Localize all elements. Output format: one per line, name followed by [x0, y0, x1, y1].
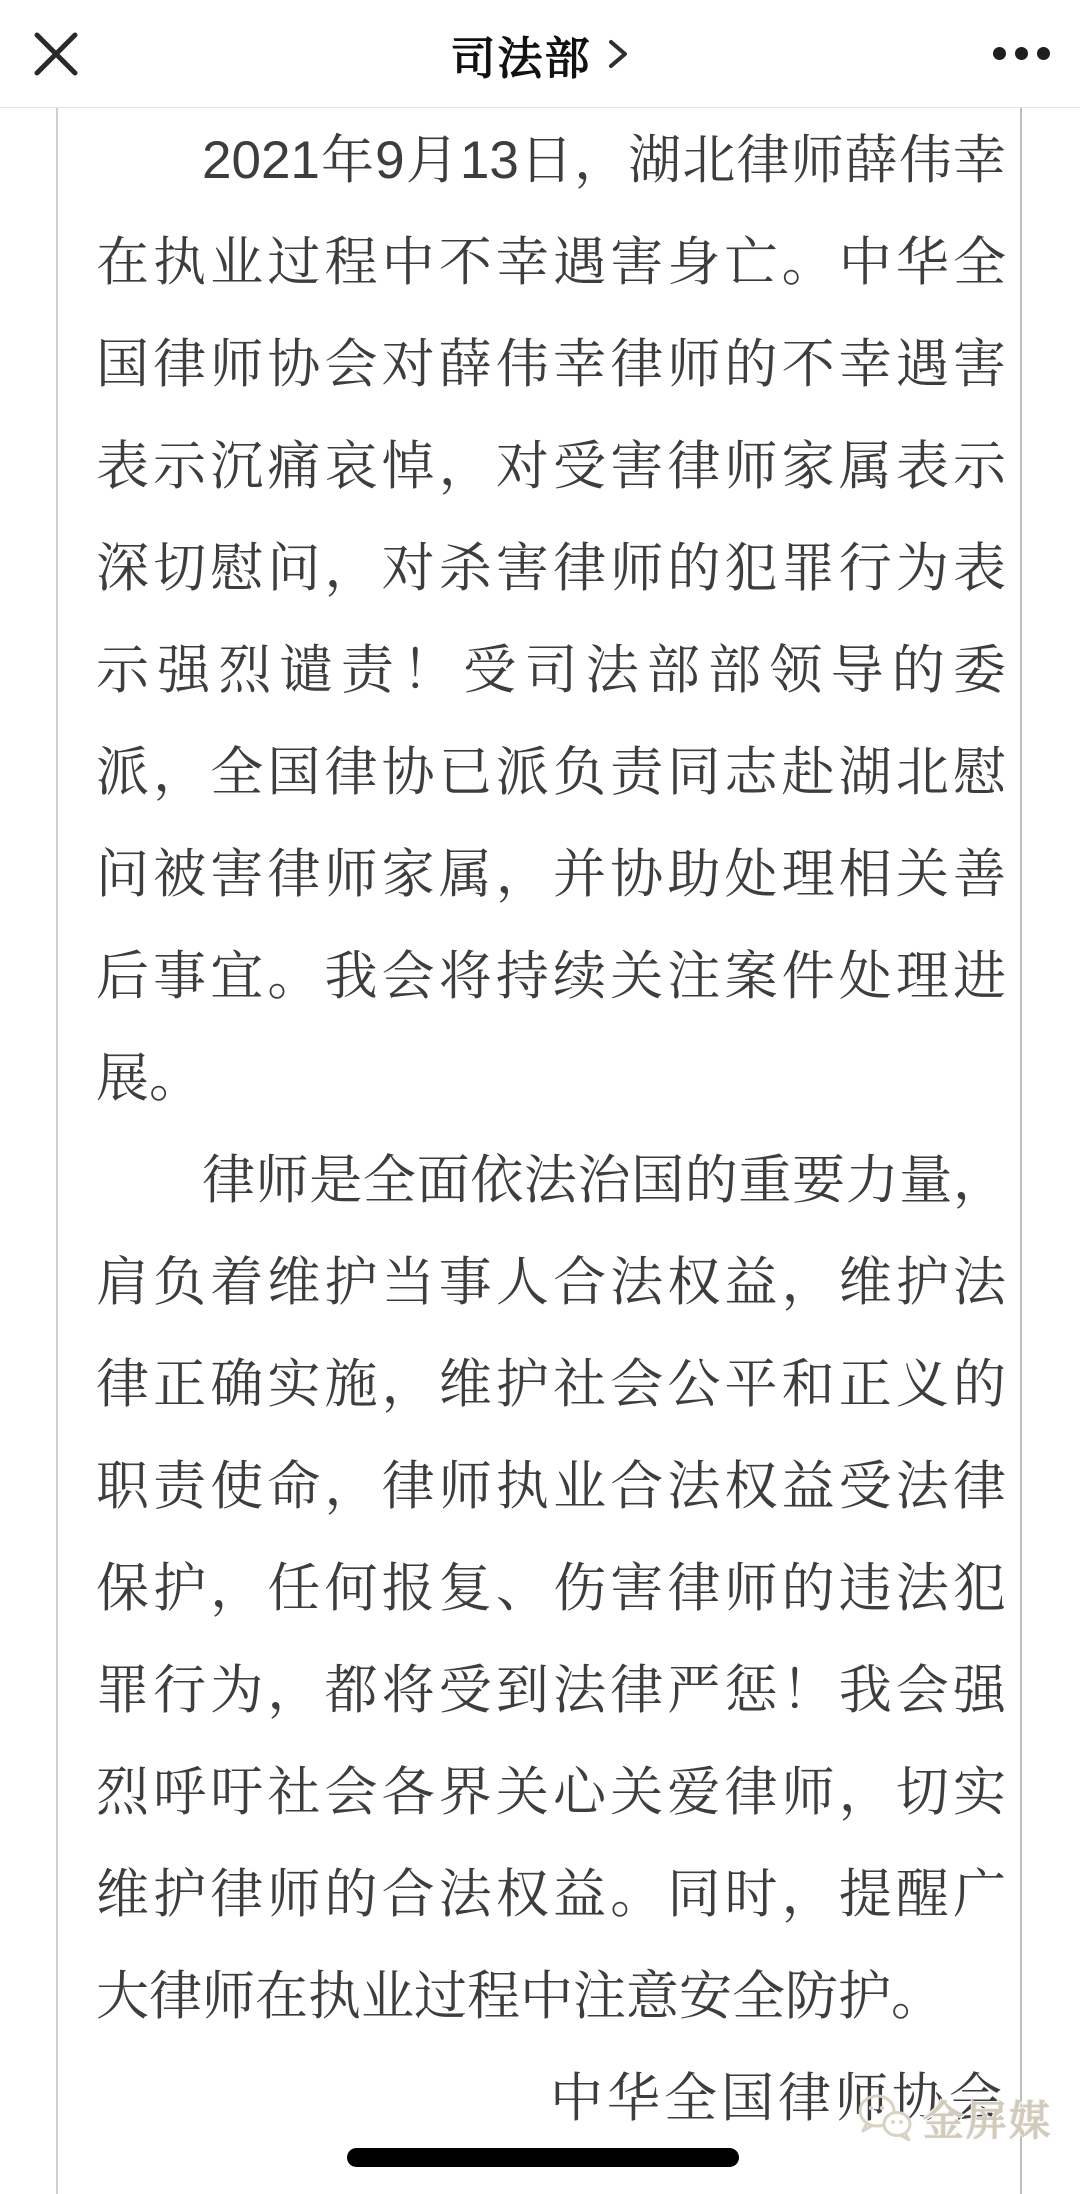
text-line: 大律师在执业过程中注意安全防护。	[96, 1946, 1006, 2048]
watermark-brand: 金屏媒	[923, 2088, 1052, 2147]
home-indicator	[347, 2148, 739, 2167]
more-menu-button[interactable]	[960, 47, 1050, 60]
text-line: 律正确实施，维护社会公平和正义的	[96, 1334, 1006, 1436]
text-line: 在执业过程中不幸遇害身亡。中华全	[96, 212, 1006, 314]
text-line: 展。	[96, 1028, 1006, 1130]
close-icon	[30, 28, 82, 80]
ellipsis-dot	[993, 47, 1006, 60]
text-line: 2021年9月13日，湖北律师薛伟幸	[96, 110, 1006, 212]
text-line: 深切慰问，对杀害律师的犯罪行为表	[96, 518, 1006, 620]
text-line: 国律师协会对薛伟幸律师的不幸遇害	[96, 314, 1006, 416]
text-line: 示强烈谴责！受司法部部领导的委	[96, 620, 1006, 722]
chevron-right-icon	[606, 34, 630, 74]
text-line: 保护，任何报复、伤害律师的违法犯	[96, 1538, 1006, 1640]
account-title-button[interactable]: 司法部	[0, 0, 1080, 108]
text-line: 律师是全面依法治国的重要力量，	[96, 1130, 1006, 1232]
text-line: 派，全国律协已派负责同志赴湖北慰	[96, 722, 1006, 824]
text-line: 肩负着维护当事人合法权益，维护法	[96, 1232, 1006, 1334]
close-button[interactable]	[30, 28, 110, 80]
watermark: 金屏媒	[853, 2088, 1052, 2147]
text-line: 问被害律师家属，并协助处理相关善	[96, 824, 1006, 926]
wechat-bubbles-icon	[853, 2091, 917, 2145]
text-line: 罪行为，都将受到法律严惩！我会强	[96, 1640, 1006, 1742]
top-nav-bar: 司法部	[0, 0, 1080, 108]
text-line: 职责使命，律师执业合法权益受法律	[96, 1436, 1006, 1538]
ellipsis-dot	[1015, 47, 1028, 60]
text-line: 后事宜。我会将持续关注案件处理进	[96, 926, 1006, 1028]
page-title: 司法部	[450, 22, 591, 87]
statement-text: 2021年9月13日，湖北律师薛伟幸 在执业过程中不幸遇害身亡。中华全 国律师协…	[96, 110, 1006, 2150]
text-line: 维护律师的合法权益。同时，提醒广	[96, 1844, 1006, 1946]
text-line: 烈呼吁社会各界关心关爱律师，切实	[96, 1742, 1006, 1844]
text-line: 表示沉痛哀悼，对受害律师家属表示	[96, 416, 1006, 518]
ellipsis-dot	[1037, 47, 1050, 60]
